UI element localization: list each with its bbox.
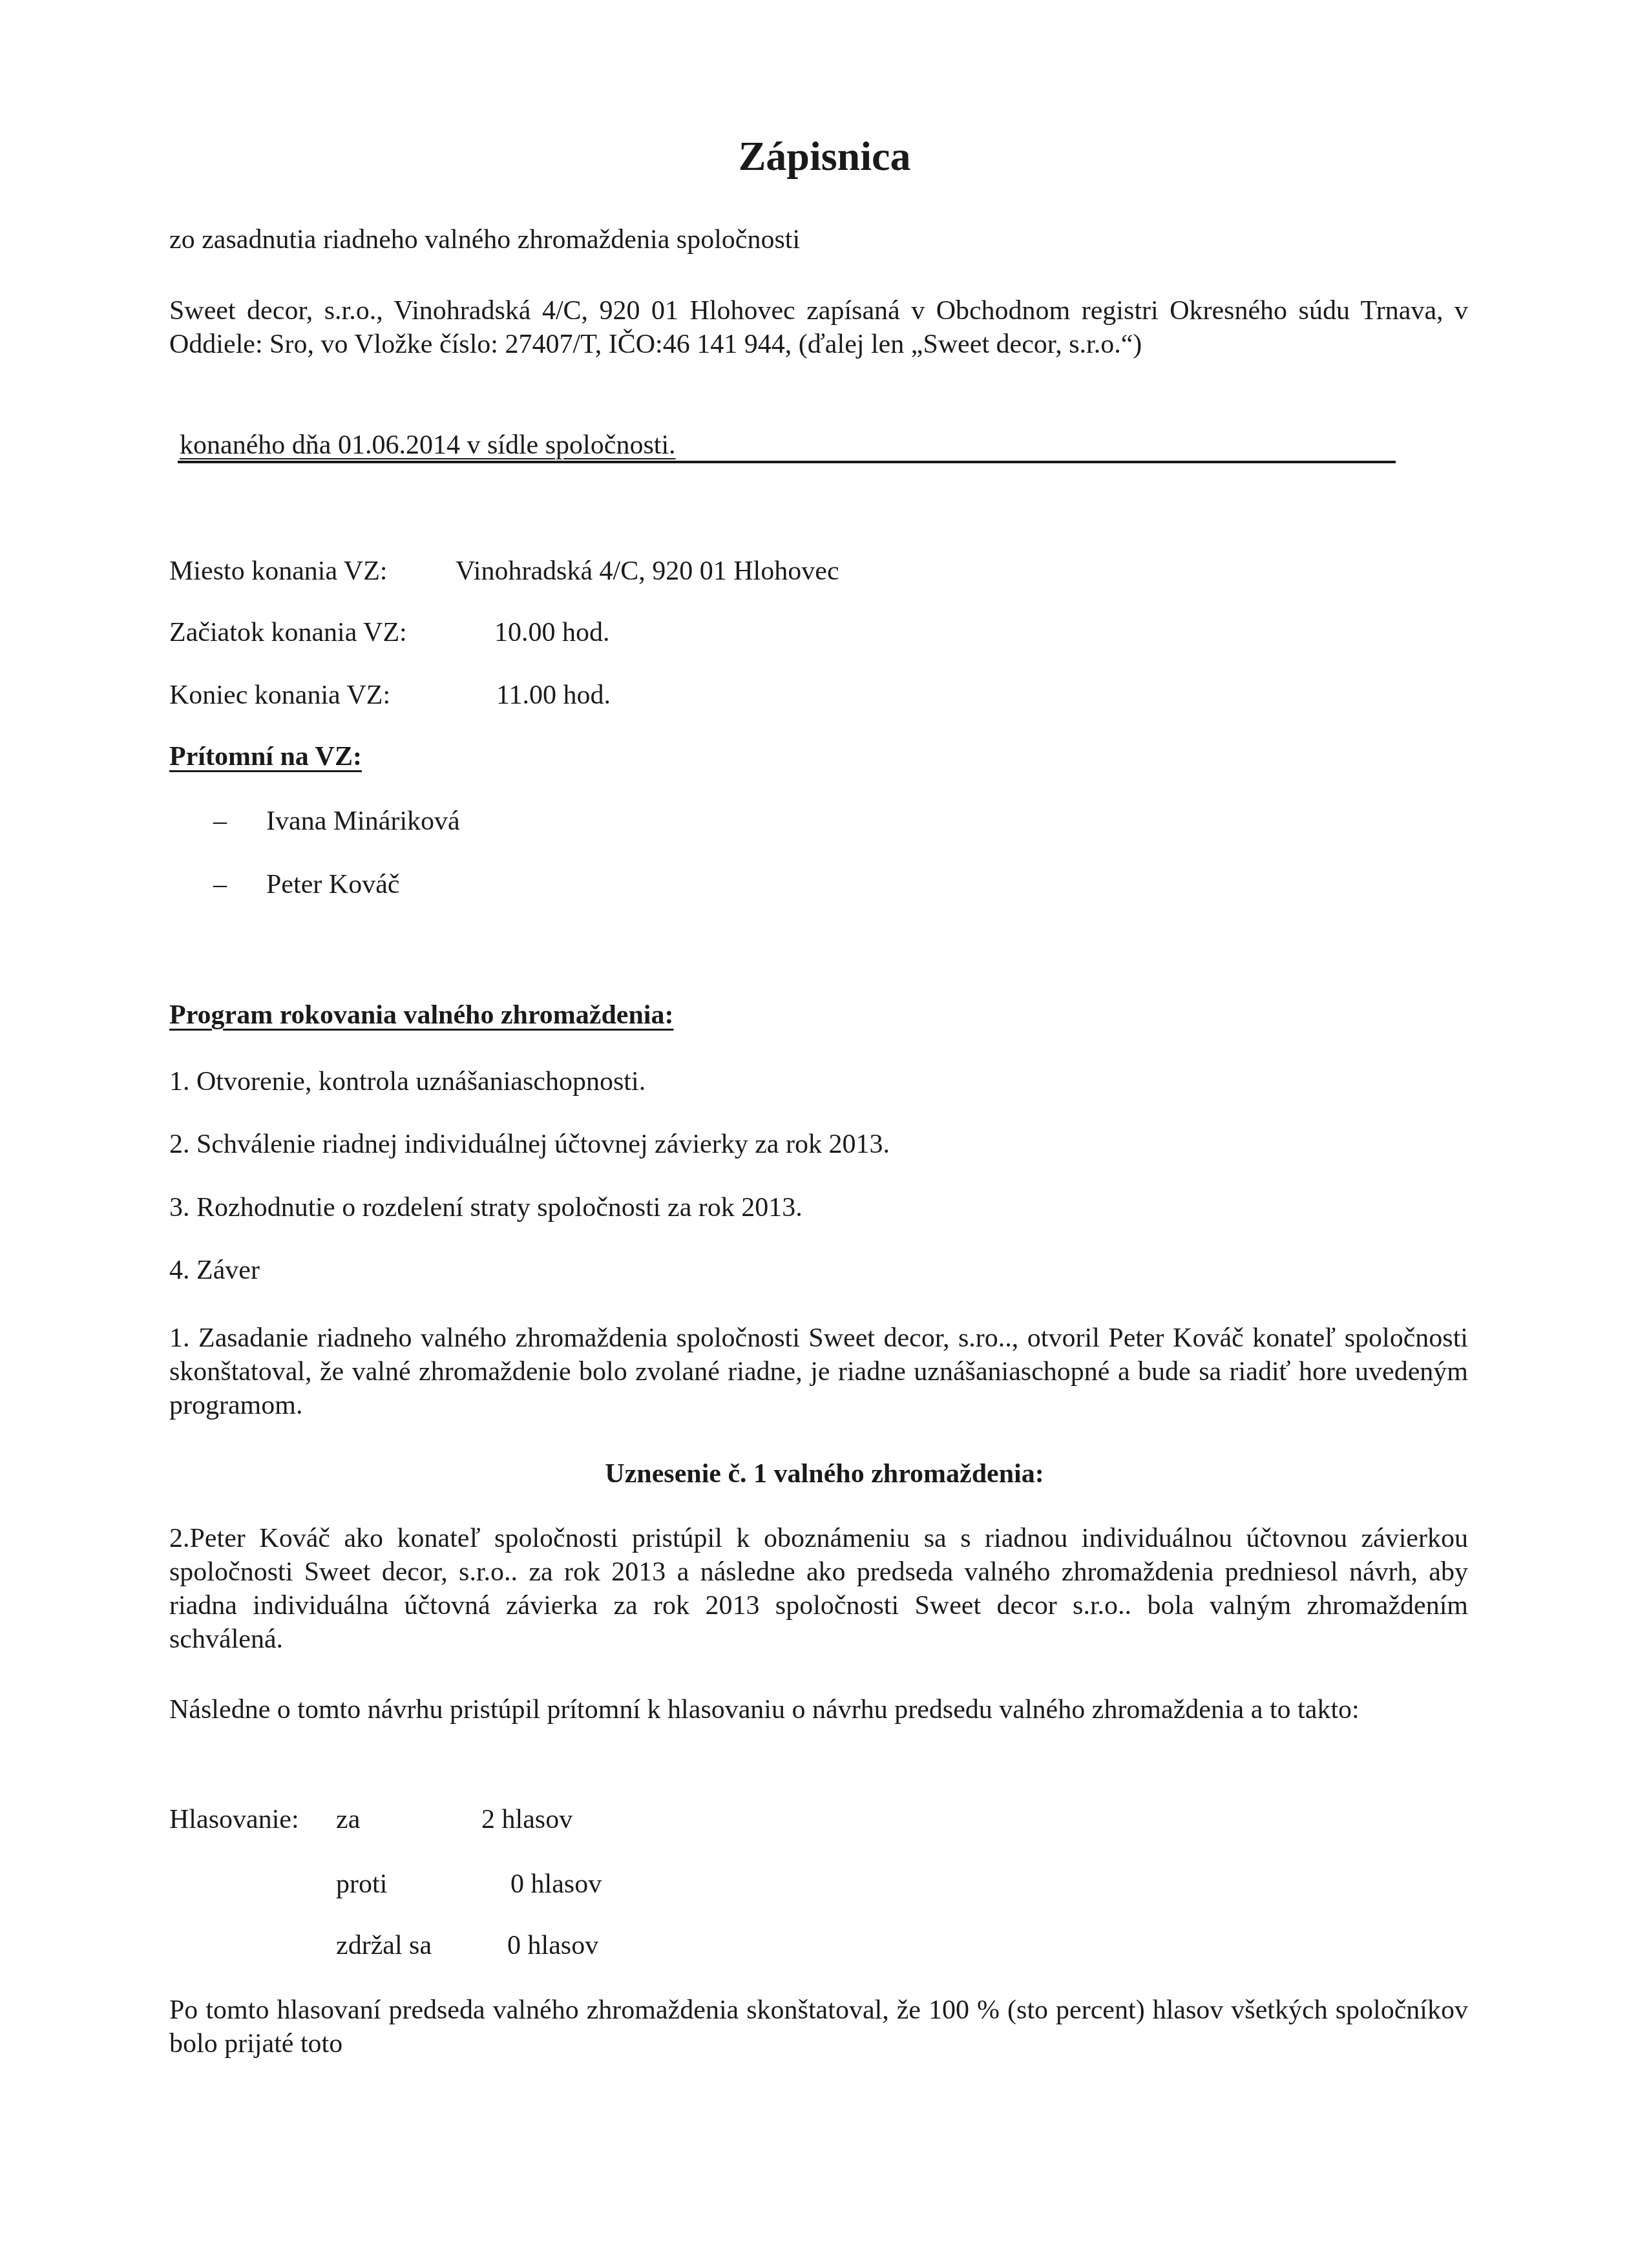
place-value: Vinohradská 4/C, 920 01 Hlohovec (456, 554, 839, 588)
vote-count: 2 hlasov (481, 1803, 572, 1836)
resolution-heading: Uznesenie č. 1 valného zhromaždenia: (0, 1457, 1649, 1491)
program-item: 3. Rozhodnutie o rozdelení straty spoloč… (169, 1191, 803, 1224)
vote-option: proti (336, 1867, 387, 1901)
voting-intro: Následne o tomto návrhu pristúpil prítom… (169, 1693, 1468, 1727)
end-label: Koniec konania VZ: (169, 678, 390, 712)
start-label: Začiatok konania VZ: (169, 616, 407, 649)
program-item: 2. Schválenie riadnej individuálnej účto… (169, 1128, 890, 1161)
attendee-bullet: – (213, 804, 227, 838)
vote-option: za (336, 1803, 360, 1836)
attendee-bullet: – (213, 868, 227, 901)
vote-count: 0 hlasov (510, 1867, 602, 1901)
signature-underline (178, 461, 1396, 463)
program-item: 1. Otvorenie, kontrola uznášaniaschopnos… (169, 1065, 646, 1098)
program-item: 4. Záver (169, 1254, 260, 1287)
program-heading: Program rokovania valného zhromaždenia: (169, 998, 674, 1032)
vote-count: 0 hlasov (507, 1929, 598, 1962)
attendees-heading: Prítomní na VZ: (169, 740, 362, 773)
company-paragraph: Sweet decor, s.r.o., Vinohradská 4/C, 92… (169, 294, 1468, 361)
document-title: Zápisnica (0, 132, 1649, 180)
end-value: 11.00 hod. (496, 678, 611, 712)
scanned-page: Zápisnica zo zasadnutia riadneho valného… (0, 0, 1649, 2268)
vote-option: zdržal sa (336, 1929, 432, 1962)
point-1-paragraph: 1. Zasadanie riadneho valného zhromažden… (169, 1321, 1468, 1422)
place-label: Miesto konania VZ: (169, 554, 388, 588)
attendee-name: Peter Kováč (266, 868, 399, 901)
conclusion-paragraph: Po tomto hlasovaní predseda valného zhro… (169, 1993, 1468, 2061)
attendee-name: Ivana Mináriková (266, 804, 460, 838)
start-value: 10.00 hod. (494, 616, 610, 649)
document-subtitle: zo zasadnutia riadneho valného zhromažde… (169, 223, 800, 257)
point-2-paragraph: 2.Peter Kováč ako konateľ spoločnosti pr… (169, 1522, 1468, 1656)
voting-label: Hlasovanie: (169, 1803, 299, 1836)
meeting-date-line: konaného dňa 01.06.2014 v sídle spoločno… (180, 428, 676, 462)
